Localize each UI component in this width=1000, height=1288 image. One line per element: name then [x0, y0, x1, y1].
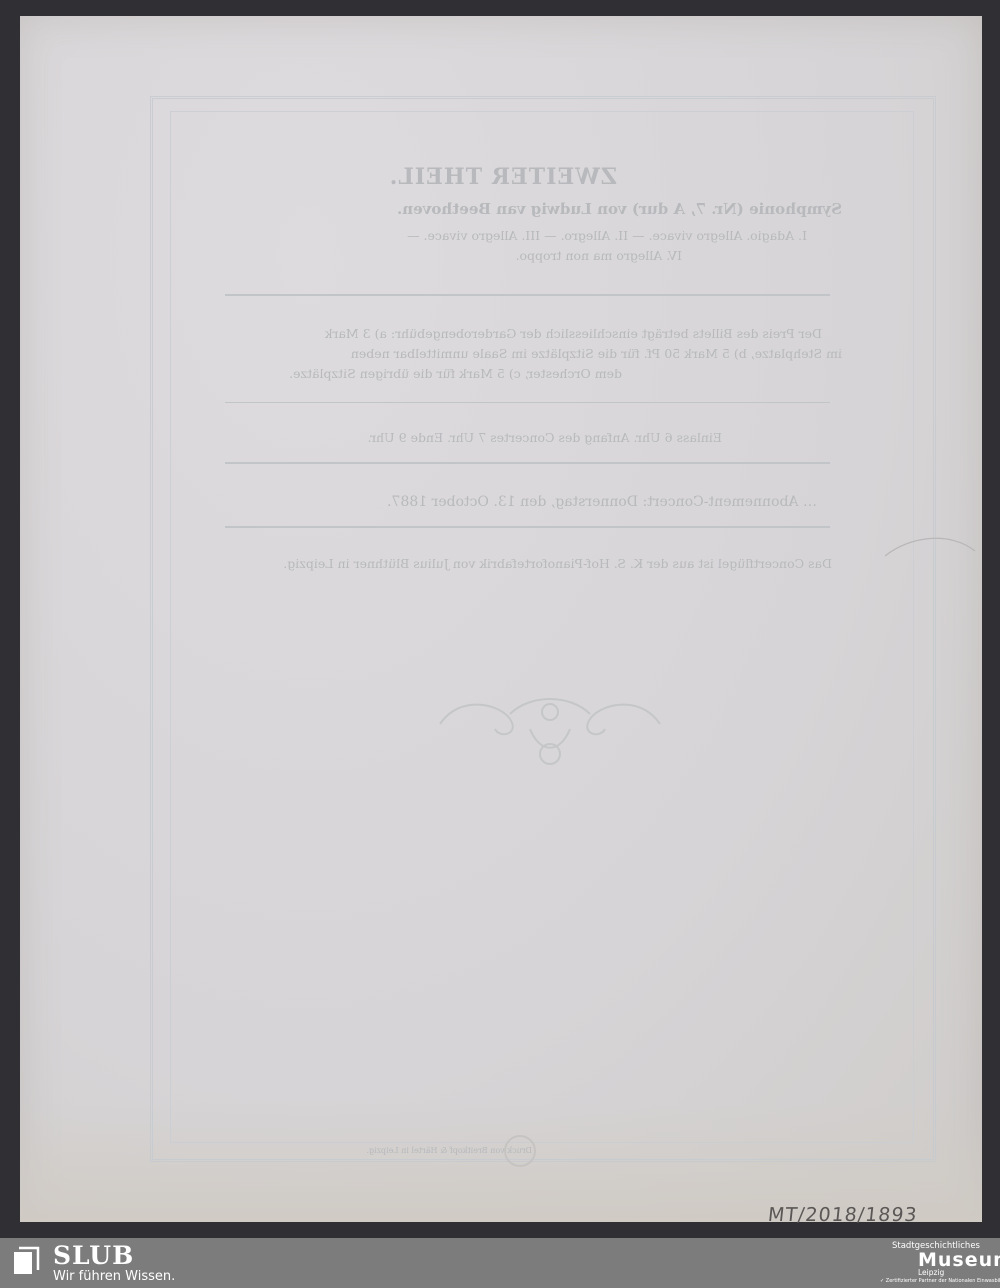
stamp-emboss — [500, 1126, 540, 1176]
prices-line-2: im Stehplatze, b) 5 Mark 50 Pf. für die … — [351, 346, 842, 361]
next-concert: … Abonnement-Concert: Donnerstag, den 13… — [387, 494, 817, 510]
divider — [225, 526, 830, 528]
divider — [225, 294, 830, 296]
museum-city: Leipzig — [918, 1268, 944, 1277]
decorative-border-inner — [170, 111, 914, 1143]
printer-note: Das Concertflügel ist aus der K. S. Hof-… — [283, 556, 832, 571]
program-movements-2: IV. Allegro ma non troppo. — [516, 248, 682, 263]
scan-background: ZWEITER THEIL. Symphonie (Nr. 7, A dur) … — [0, 0, 1000, 1238]
slub-tagline: Wir führen Wissen. — [53, 1269, 175, 1284]
divider — [225, 462, 830, 464]
ornament-icon — [420, 684, 680, 774]
slub-brand[interactable]: SLUB — [53, 1241, 134, 1270]
program-movements-1: I. Adagio. Allegro vivace. — II. Allegro… — [407, 228, 807, 243]
paper-crease — [880, 526, 980, 566]
concert-times: Einlass 6 Uhr. Anfang des Concertes 7 Uh… — [368, 430, 722, 445]
divider — [225, 402, 830, 403]
prices-line-3: dem Orchester, c) 5 Mark für die übrigen… — [289, 366, 622, 381]
footer-bar: SLUB Wir führen Wissen. Stadtgeschichtli… — [0, 1238, 1000, 1288]
inventory-number: MT/2018/1893 — [767, 1204, 919, 1226]
museum-logo[interactable]: Stadtgeschichtliches Museum. Leipzig ✓ Z… — [856, 1241, 986, 1287]
paper-sheet: ZWEITER THEIL. Symphonie (Nr. 7, A dur) … — [20, 16, 982, 1222]
slub-logo-icon — [14, 1246, 40, 1276]
program-work: Symphonie (Nr. 7, A dur) von Ludwig van … — [397, 200, 842, 218]
prices-line-1: Der Preis des Billets beträgt einschlies… — [325, 326, 822, 341]
museum-cert: ✓ Zertifizierter Partner der Nationalen … — [880, 1278, 1000, 1284]
heading: ZWEITER THEIL. — [389, 164, 617, 190]
